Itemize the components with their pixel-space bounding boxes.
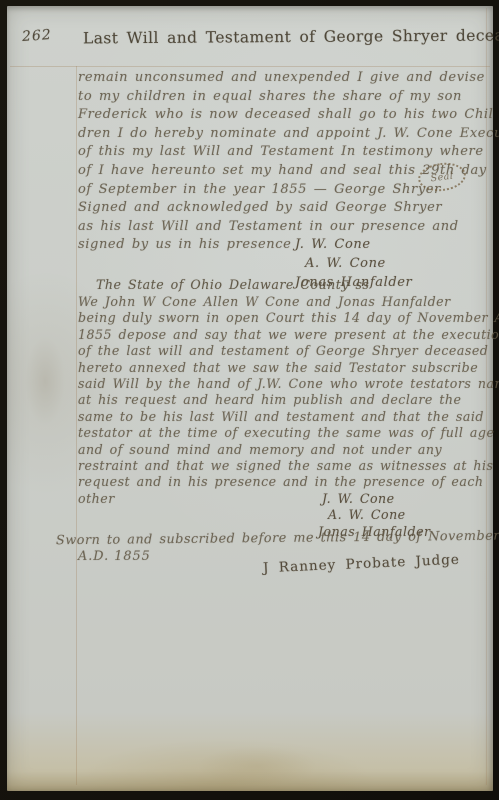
ledger-paper: 262 Last Will and Testament of George Sh… bbox=[7, 6, 493, 791]
jurat-line: Sworn to and subscribed before me this 1… bbox=[56, 529, 486, 549]
page-number: 262 bbox=[21, 27, 52, 45]
witness-signature: A. W. Cone bbox=[328, 507, 406, 522]
manuscript-line: being duly sworn in open Court this 14 d… bbox=[78, 310, 490, 326]
witness-signature-row: A. W. Cone bbox=[78, 507, 490, 523]
margin-rule-left bbox=[76, 66, 77, 785]
manuscript-line: to my children in equal shares the share… bbox=[78, 88, 490, 107]
manuscript-line: restraint and that we signed the same as… bbox=[78, 458, 490, 474]
witness-signature: J. W. Cone bbox=[322, 491, 395, 507]
judge-signature: J Ranney Probate Judge bbox=[263, 552, 460, 577]
witness-signature-row: A. W. Cone bbox=[78, 255, 490, 274]
manuscript-line: of this my last Will and Testament In te… bbox=[78, 143, 490, 162]
paper-stain bbox=[25, 336, 65, 426]
manuscript-line: as his last Will and Testament in our pr… bbox=[78, 218, 490, 237]
manuscript-line: We John W Cone Allen W Cone and Jonas Ha… bbox=[78, 294, 490, 310]
manuscript-line: at his request and heard him publish and… bbox=[78, 392, 490, 408]
manuscript-line: and of sound mind and memory and not und… bbox=[78, 442, 490, 458]
manuscript-line: hereto annexed that we saw the said Test… bbox=[78, 360, 490, 376]
manuscript-line: Signed and acknowledged by said George S… bbox=[78, 199, 490, 218]
manuscript-line: request and in his presence and in the p… bbox=[78, 474, 490, 490]
closing-word: other bbox=[78, 491, 115, 506]
attestation-text: signed by us in his presence bbox=[78, 237, 291, 252]
manuscript-line: same to be his last Will and testament a… bbox=[78, 409, 490, 425]
ruled-line-top bbox=[10, 66, 490, 67]
witness-signature: A. W. Cone bbox=[305, 256, 386, 271]
manuscript-line: 1855 depose and say that we were present… bbox=[78, 327, 490, 343]
paper-stain bbox=[197, 746, 317, 786]
witness-signature: J. W. Cone bbox=[295, 236, 371, 255]
scanned-ledger-page: 262 Last Will and Testament of George Sh… bbox=[0, 0, 499, 800]
manuscript-line: said Will by the hand of J.W. Cone who w… bbox=[78, 376, 490, 392]
manuscript-line: of the last will and testament of George… bbox=[78, 343, 490, 359]
closing-row: other J. W. Cone bbox=[78, 491, 490, 507]
seal-label: Seal bbox=[430, 170, 454, 184]
probate-section: The State of Ohio Delaware County ss We … bbox=[78, 276, 490, 540]
manuscript-line: testator at the time of executing the sa… bbox=[78, 425, 490, 441]
probate-heading: The State of Ohio Delaware County ss bbox=[78, 276, 490, 294]
manuscript-line: Frederick who is now deceased shall go t… bbox=[78, 106, 490, 125]
manuscript-line: dren I do hereby nominate and appoint J.… bbox=[78, 125, 490, 144]
attestation-row: signed by us in his presence J. W. Cone bbox=[78, 236, 490, 255]
manuscript-line: remain unconsumed and unexpended I give … bbox=[78, 69, 490, 88]
jurat-date: A.D. 1855 bbox=[78, 549, 151, 564]
page-title: Last Will and Testament of George Shryer… bbox=[83, 27, 487, 48]
